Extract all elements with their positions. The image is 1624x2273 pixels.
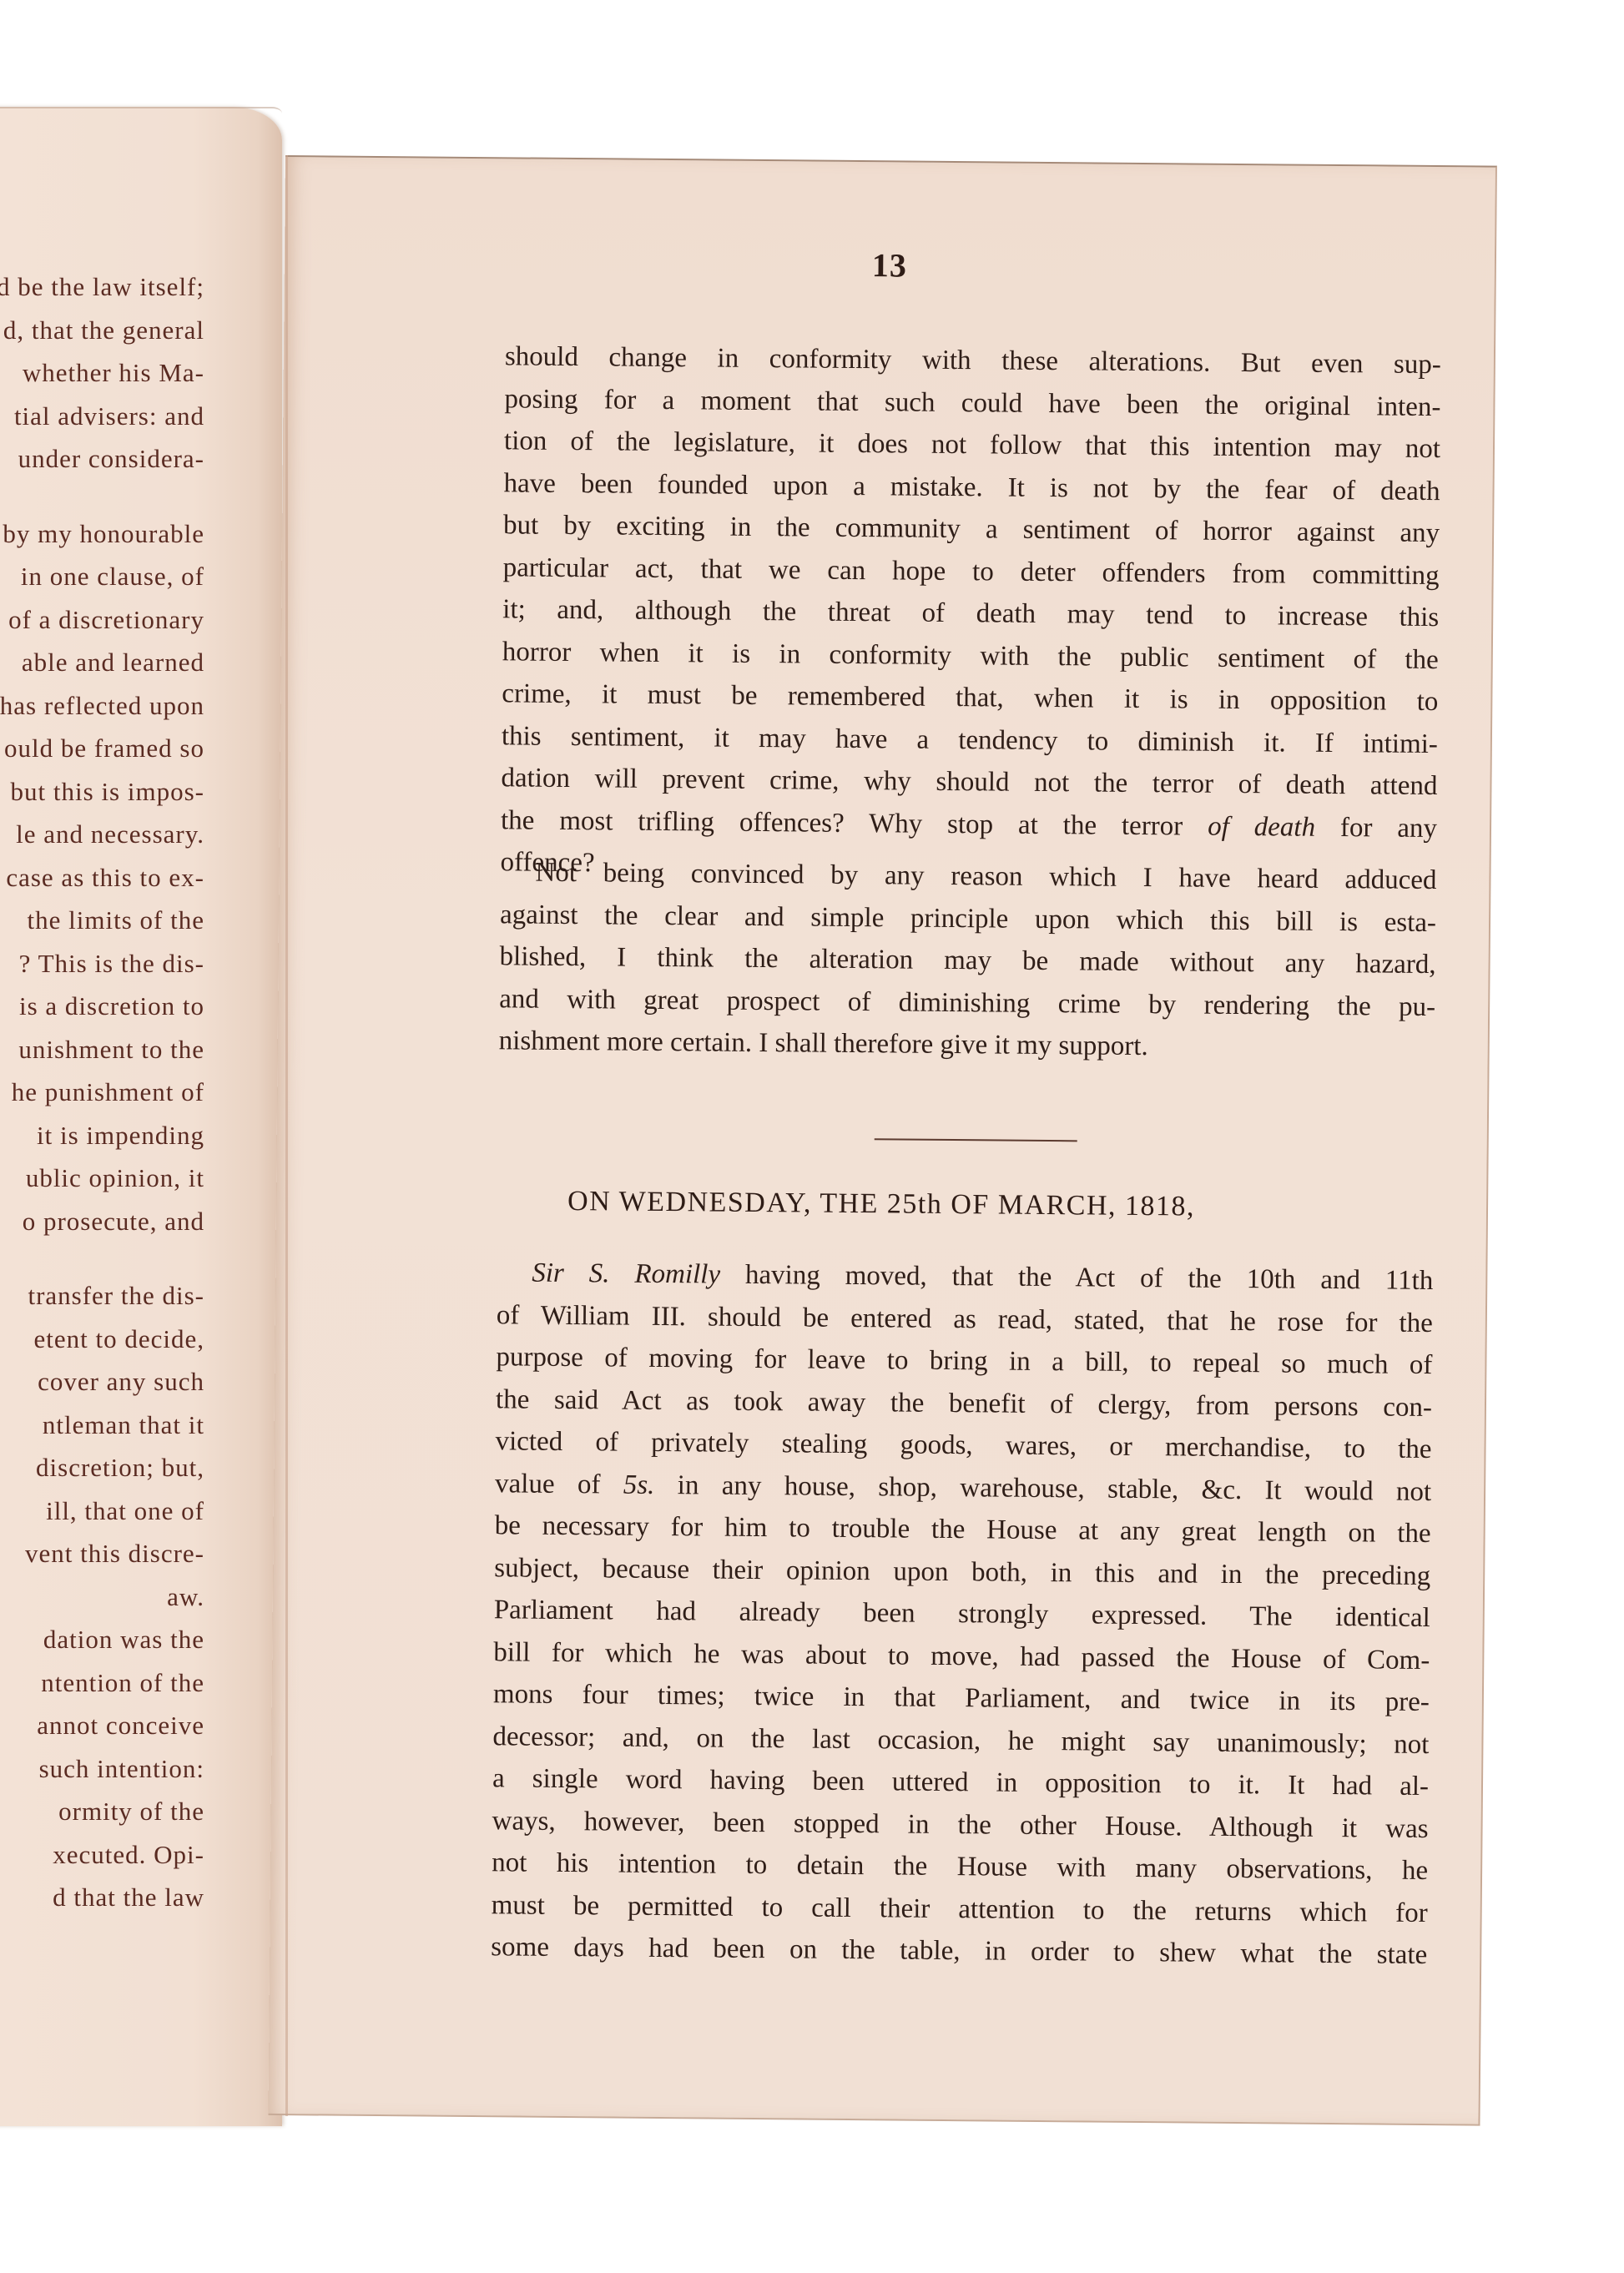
text-line: whether his Ma-	[0, 351, 204, 395]
text-line: annot conceive	[0, 1704, 204, 1747]
text-line: purpose of moving for leave to bring in …	[496, 1336, 1432, 1386]
text-line: tial advisers: and	[0, 395, 204, 438]
text-line: le and necessary.	[0, 813, 204, 856]
text-line: d, that the general	[0, 309, 204, 352]
paragraph-2: Not being convinced by any reason which …	[499, 851, 1437, 1070]
text-line: mons four times; twice in that Parliamen…	[493, 1673, 1430, 1723]
text-line: Not being convinced by any reason which …	[500, 851, 1436, 901]
text-line: vent this discre-	[0, 1532, 204, 1575]
italic-text: of death	[1208, 811, 1315, 842]
text-line: but this is impos-	[0, 770, 204, 814]
text-line: Sir S. Romilly having moved, that the Ac…	[497, 1252, 1433, 1302]
text-line: dation was the	[0, 1618, 204, 1661]
text-line: under considera-	[0, 437, 204, 481]
text-line: it; and, although the threat of death ma…	[502, 588, 1439, 638]
text-line: in one clause, of	[0, 555, 204, 598]
text-line: o prosecute, and	[0, 1200, 204, 1243]
text-line: a single word having been uttered in opp…	[492, 1757, 1429, 1807]
text-line: but by exciting in the community a senti…	[503, 504, 1440, 554]
text-line: ill, that one of	[0, 1489, 204, 1533]
section-divider-rule	[875, 1138, 1077, 1142]
paragraph-gap	[0, 1242, 204, 1274]
right-page: 13 should change in conformity with thes…	[269, 155, 1497, 2126]
text-line: of a discretionary	[0, 598, 204, 642]
italic-text: 5s.	[623, 1469, 655, 1499]
paragraph-1: should change in conformity with these a…	[500, 335, 1441, 891]
text-line: some days had been on the table, in orde…	[491, 1926, 1427, 1976]
text-line: case as this to ex-	[0, 856, 204, 900]
text-line: not his intention to detain the House wi…	[492, 1842, 1428, 1892]
text-line: blished, I think the alteration may be m…	[499, 935, 1435, 985]
text-line: is a discretion to	[0, 985, 204, 1028]
text-line: ntention of the	[0, 1661, 204, 1705]
text-line: ould be framed so	[0, 727, 204, 770]
text-line: Parliament had already been strongly exp…	[494, 1589, 1430, 1639]
paragraph-gap	[0, 481, 204, 512]
text-line: he punishment of	[0, 1071, 204, 1114]
text-line: ntleman that it	[0, 1404, 204, 1447]
text-line: cover any such	[0, 1360, 204, 1404]
text-line: crime, it must be remembered that, when …	[502, 673, 1438, 723]
text-line: d that the law	[0, 1876, 204, 1919]
left-page: d be the law itself;d, that the generalw…	[0, 107, 282, 2126]
italic-text: Sir S. Romilly	[532, 1258, 720, 1290]
text-line: victed of privately stealing goods, ware…	[495, 1420, 1431, 1470]
text-line: such intention:	[0, 1747, 204, 1791]
text-line: discretion; but,	[0, 1446, 204, 1489]
text-line: nishment more certain. I shall therefore…	[499, 1020, 1435, 1070]
text-line: has reflected upon	[0, 684, 204, 728]
text-line: the most trifling offences? Why stop at …	[501, 799, 1437, 849]
text-line: able and learned	[0, 641, 204, 684]
text-line: d be the law itself;	[0, 265, 204, 309]
text-line: ormity of the	[0, 1790, 204, 1833]
text-line: unishment to the	[0, 1028, 204, 1071]
text-line: transfer the dis-	[0, 1274, 204, 1318]
page-number: 13	[285, 240, 1495, 290]
text-line: xecuted. Opi-	[0, 1833, 204, 1877]
paragraph-3: Sir S. Romilly having moved, that the Ac…	[491, 1252, 1433, 1976]
text-line: should change in conformity with these a…	[505, 335, 1441, 386]
text-line: by my honourable	[0, 512, 204, 556]
text-line: etent to decide,	[0, 1318, 204, 1361]
text-line: ? This is the dis-	[0, 942, 204, 985]
book-gutter	[285, 155, 288, 2116]
text-line: dation will prevent crime, why should no…	[501, 757, 1437, 807]
text-line: aw.	[0, 1575, 204, 1619]
text-line: ublic opinion, it	[0, 1157, 204, 1200]
text-line: tion of the legislature, it does not fol…	[504, 420, 1440, 470]
section-heading: ON WEDNESDAY, THE 25th OF MARCH, 1818,	[276, 1183, 1486, 1226]
text-line: be necessary for him to trouble the Hous…	[494, 1504, 1430, 1555]
text-line: the limits of the	[0, 899, 204, 942]
text-line: it is impending	[0, 1114, 204, 1157]
left-page-text: d be the law itself;d, that the generalw…	[0, 265, 204, 1919]
